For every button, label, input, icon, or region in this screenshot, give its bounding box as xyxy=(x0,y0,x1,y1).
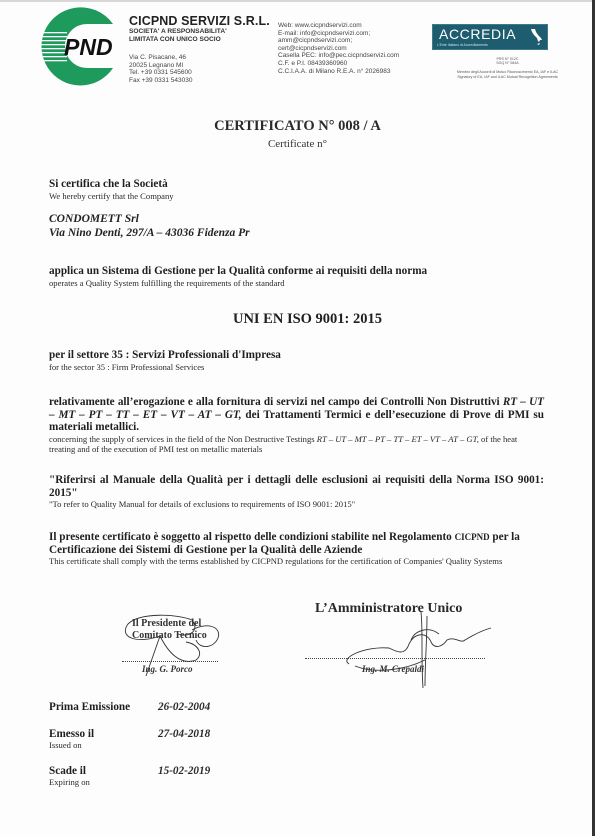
accredia-tagline: L'Ente Italiano di Accreditamento xyxy=(437,43,488,47)
date-issued: Emesso il Issued on xyxy=(49,728,94,750)
administrator-name: Ing. M. Crepaldi xyxy=(362,664,424,674)
certified-company-name: CONDOMETT Srl xyxy=(49,212,250,226)
email: amm@cicpndservizi.com; xyxy=(278,37,399,45)
president-name: Ing. G. Porco xyxy=(142,664,193,674)
certify-it: Si certifica che la Società xyxy=(49,178,174,191)
sector-it: per il settore 35 : Servizi Professional… xyxy=(49,349,281,362)
address-line: Via C. Pisacane, 46 xyxy=(129,54,270,62)
accreditation-codes: PRS N° 012C SGQ N° 084A xyxy=(420,57,595,66)
date-label-en: Issued on xyxy=(49,740,94,750)
exclusions-it: "Riferirsi al Manuale della Qualità per … xyxy=(49,474,544,499)
terms-en: This certificate shall comply with the t… xyxy=(49,556,544,566)
system-it: applica un Sistema di Gestione per la Qu… xyxy=(49,265,427,278)
scope-en-text: concerning the supply of services in the… xyxy=(49,434,317,444)
email: E-mail: info@cicpndservizi.com; xyxy=(278,30,399,38)
website: Web: www.cicpndservizi.com xyxy=(278,22,399,30)
company-info: CICPND SERVIZI S.R.L. SOCIETA' A RESPONS… xyxy=(129,14,270,84)
date-label-en: Expiring on xyxy=(49,777,90,787)
svg-text:PND: PND xyxy=(64,34,113,60)
issued-date: 27-04-2018 xyxy=(158,728,210,740)
certified-company: CONDOMETT Srl Via Nino Denti, 297/A – 43… xyxy=(49,212,250,240)
accredia-logo: ACCREDIA L'Ente Italiano di Accreditamen… xyxy=(432,24,548,50)
company-type-line2: LIMITATA CON UNICO SOCIO xyxy=(129,36,270,44)
date-label: Emesso il xyxy=(49,728,94,740)
scope-en: concerning the supply of services in the… xyxy=(49,434,544,454)
date-label: Scade il xyxy=(49,765,90,777)
terms-it-text: Il presente certificato è soggetto al ri… xyxy=(49,531,455,543)
first-issue-date: 26-02-2004 xyxy=(158,701,210,713)
signature-line-left xyxy=(122,661,218,662)
phone: Tel. +39 0331 545600 xyxy=(129,69,270,77)
fax: Fax +39 0331 543030 xyxy=(129,77,270,85)
scope-en-methods: RT – UT – MT – PT – TT – ET – VT – AT – … xyxy=(317,434,479,444)
date-expiry: Scade il Expiring on xyxy=(49,765,90,787)
sector-en: for the sector 35 : Firm Professional Se… xyxy=(49,362,281,372)
italy-map-icon xyxy=(529,28,543,46)
exclusions-statement: "Riferirsi al Manuale della Qualità per … xyxy=(49,474,544,509)
president-role-line1: Il Presidente del xyxy=(132,618,207,630)
terms-it: Il presente certificato è soggetto al ri… xyxy=(49,531,544,556)
date-label: Prima Emissione xyxy=(49,701,130,713)
terms-statement: Il presente certificato è soggetto al ri… xyxy=(49,531,544,566)
president-role-line2: Comitato Tecnico xyxy=(132,630,207,642)
administrator-role: L’Amministratore Unico xyxy=(315,601,462,617)
company-address: Via C. Pisacane, 46 20025 Legnano MI Tel… xyxy=(129,54,270,84)
company-type-line1: SOCIETA' A RESPONSABILITA' xyxy=(129,28,270,36)
certificate-title: CERTIFICATO N° 008 / A xyxy=(0,118,595,135)
date-first-issue: Prima Emissione xyxy=(49,701,130,713)
company-name: CICPND SERVIZI S.R.L. xyxy=(129,14,270,28)
certify-statement: Si certifica che la Società We hereby ce… xyxy=(49,178,174,201)
page-top-edge xyxy=(0,0,595,2)
scope-it-text: relativamente all’erogazione e alla forn… xyxy=(49,396,500,408)
accreditation-code: SGQ N° 084A xyxy=(420,61,595,65)
exclusions-en: "To refer to Quality Manual for details … xyxy=(49,499,544,509)
email: cert@cicpndservizi.com xyxy=(278,45,399,53)
signature-line-right xyxy=(305,658,485,659)
certificate-subtitle: Certificate n° xyxy=(0,138,595,150)
standard-name: UNI EN ISO 9001: 2015 xyxy=(0,311,595,328)
certify-en: We hereby certify that the Company xyxy=(49,191,174,201)
accreditation-note: Membro degli Accordi di Mutuo Riconoscim… xyxy=(420,70,595,79)
system-en: operates a Quality System fulfilling the… xyxy=(49,278,427,288)
accreditation-note-en: Signatory of EA, IAF and ILAC Mutual Rec… xyxy=(420,75,595,80)
contact-info: Web: www.cicpndservizi.com E-mail: info@… xyxy=(278,22,399,75)
tax-id: C.F. e P.I. 08439360960 xyxy=(278,60,399,68)
president-role: Il Presidente del Comitato Tecnico xyxy=(132,618,207,642)
scope-it: relativamente all’erogazione e alla forn… xyxy=(49,396,544,434)
pnd-logo-icon: PND xyxy=(27,6,122,86)
certified-company-address: Via Nino Denti, 297/A – 43036 Fidenza Pr xyxy=(49,226,250,240)
accredia-brand: ACCREDIA xyxy=(439,26,516,42)
address-line: 20025 Legnano MI xyxy=(129,62,270,70)
scope-statement: relativamente all’erogazione e alla forn… xyxy=(49,396,544,454)
system-statement: applica un Sistema di Gestione per la Qu… xyxy=(49,265,427,288)
expiry-date: 15-02-2019 xyxy=(158,765,210,777)
registry-number: C.C.I.A.A. di Milano R.E.A. n° 2026983 xyxy=(278,68,399,76)
terms-it-org: CICPND xyxy=(455,532,490,542)
pec-email: Casella PEC: info@pec.cicpndservizi.com xyxy=(278,52,399,60)
sector-statement: per il settore 35 : Servizi Professional… xyxy=(49,349,281,372)
